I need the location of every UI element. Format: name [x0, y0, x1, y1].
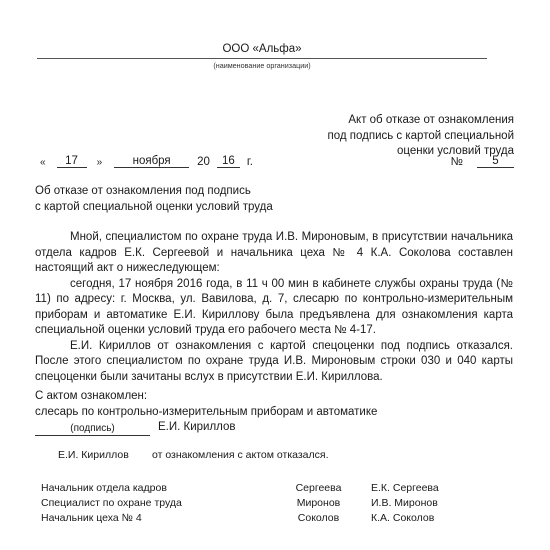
date-open-quote: « [40, 157, 46, 168]
date-year-prefix: 20 [197, 156, 210, 168]
act-number: № 5 [451, 155, 514, 168]
date-close-quote: » [97, 157, 103, 168]
commission-row: Начальник отдела кадров Сергеева Е.К. Се… [41, 481, 481, 496]
number-sign: № [451, 156, 463, 168]
acquainted-label: С актом ознакомлен: [35, 389, 377, 405]
commission-name: Е.К. Сергеева [371, 481, 481, 496]
acquainted-position: слесарь по контрольно-измерительным приб… [35, 405, 377, 421]
commission-signatures: Начальник отдела кадров Сергеева Е.К. Се… [41, 481, 481, 526]
commission-row: Начальник цеха № 4 Соколов К.А. Соколов [41, 511, 481, 526]
refusal-statement: Е.И. Кириллов от ознакомления с актом от… [58, 449, 329, 461]
organization-underline [37, 58, 487, 59]
date-year-suffix: 16 [217, 155, 240, 168]
organization-caption: (наименование организации) [37, 61, 487, 70]
body-paragraph: Мной, специалистом по охране труда И.В. … [35, 230, 513, 277]
commission-signature: Миронов [266, 496, 371, 511]
commission-position: Начальник цеха № 4 [41, 511, 266, 526]
commission-name: К.А. Соколов [371, 511, 481, 526]
act-body: Мной, специалистом по охране труда И.В. … [35, 230, 513, 385]
act-title: Акт об отказе от ознакомления под подпис… [327, 113, 514, 160]
signature-line: (подпись) [35, 423, 150, 436]
act-date: « 17 » ноября 20 16 г. [40, 155, 253, 168]
body-paragraph: сегодня, 17 ноября 2016 года, в 11 ч 00 … [35, 277, 513, 339]
act-title-line: Акт об отказе от ознакомления [327, 113, 514, 129]
act-number-value: 5 [477, 155, 514, 168]
document-page: ООО «Альфа» (наименование организации) А… [0, 0, 550, 550]
refusal-name: Е.И. Кириллов [58, 449, 152, 461]
subject-line: с картой специальной оценки условий труд… [35, 200, 273, 216]
commission-signature: Сергеева [266, 481, 371, 496]
commission-position: Специалист по охране труда [41, 496, 266, 511]
commission-row: Специалист по охране труда Миронов И.В. … [41, 496, 481, 511]
acquainted-name: Е.И. Кириллов [158, 420, 236, 436]
refusal-text: от ознакомления с актом отказался. [152, 449, 329, 461]
subject-line: Об отказе от ознакомления под подпись [35, 184, 273, 200]
date-year-abbr: г. [247, 156, 253, 168]
commission-name: И.В. Миронов [371, 496, 481, 511]
acquainted-block: С актом ознакомлен: слесарь по контрольн… [35, 389, 377, 436]
act-title-line: под подпись с картой специальной [327, 129, 514, 145]
organization-name: ООО «Альфа» [37, 43, 487, 55]
date-day: 17 [57, 155, 87, 168]
date-month: ноября [114, 155, 189, 168]
commission-signature: Соколов [266, 511, 371, 526]
body-paragraph: Е.И. Кириллов от ознакомления с картой с… [35, 339, 513, 386]
commission-position: Начальник отдела кадров [41, 481, 266, 496]
acquainted-signature-row: (подпись) Е.И. Кириллов [35, 420, 377, 436]
act-subject: Об отказе от ознакомления под подпись с … [35, 184, 273, 215]
